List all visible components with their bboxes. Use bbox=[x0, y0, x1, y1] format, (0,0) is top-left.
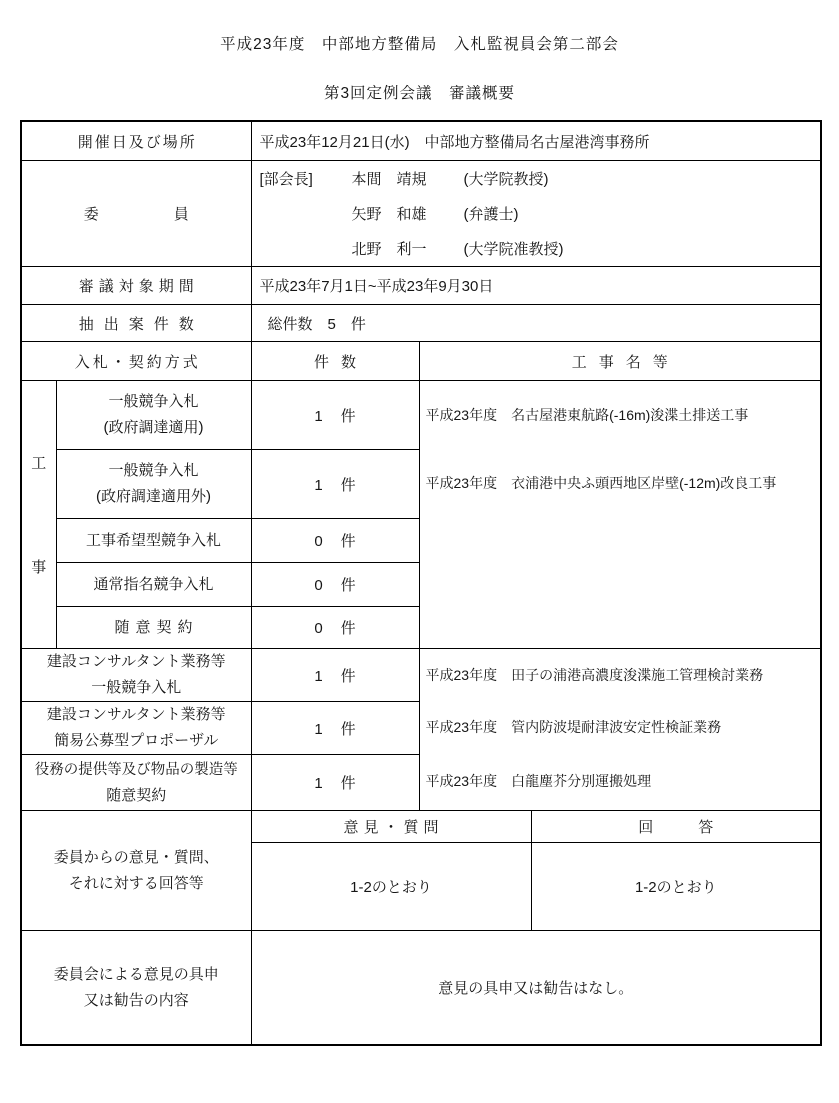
works-method-4: 通常指名競争入札 bbox=[56, 563, 251, 607]
count-number: 1 bbox=[314, 668, 322, 685]
member-item: [部会長]本間 靖規(大学院教授) bbox=[260, 161, 821, 196]
members-label: 委 員 bbox=[21, 161, 251, 267]
works-method-5: 随意契約 bbox=[56, 607, 251, 649]
cases-value: 総件数 5 件 bbox=[251, 305, 821, 342]
count-number: 1 bbox=[314, 775, 322, 792]
members-row: 委 員 [部会長]本間 靖規(大学院教授) 矢野 和雄(弁護士) 北野 利一(大… bbox=[21, 161, 821, 267]
consulting-count-3: 1件 bbox=[251, 755, 419, 811]
consulting-count-1: 1件 bbox=[251, 649, 419, 702]
works-row-1: 工 事 一般競争入札 (政府調達適用) 1件 平成23年度 名古屋港東航路(-1… bbox=[21, 381, 821, 450]
count-number: 1 bbox=[314, 408, 322, 425]
count-unit: 件 bbox=[341, 620, 356, 637]
method-line: 通常指名競争入札 bbox=[57, 572, 251, 598]
project-name: 平成23年度 白龍塵芥分別運搬処理 bbox=[420, 753, 821, 808]
method-column-header: 入札・契約方式 bbox=[21, 342, 251, 381]
count-number: 0 bbox=[314, 577, 322, 594]
method-line: 随意契約 bbox=[22, 783, 251, 809]
method-line: 随意契約 bbox=[57, 615, 251, 641]
method-line: 一般競争入札 bbox=[57, 389, 251, 415]
member-name: 北野 利一 bbox=[352, 238, 464, 259]
feedback-header-row: 委員からの意見・質問、 それに対する回答等 意見・質問 回 答 bbox=[21, 811, 821, 843]
advice-label: 委員会による意見の具申 又は勧告の内容 bbox=[21, 931, 251, 1046]
venue-value: 平成23年12月21日(水) 中部地方整備局名古屋港湾事務所 bbox=[251, 121, 821, 161]
project-name: 平成23年度 田子の浦港高濃度浚渫施工管理検討業務 bbox=[420, 649, 821, 701]
member-name: 本間 靖規 bbox=[352, 168, 464, 189]
cases-row: 抽出案件数 総件数 5 件 bbox=[21, 305, 821, 342]
consulting-row-1: 建設コンサルタント業務等 一般競争入札 1件 平成23年度 田子の浦港高濃度浚渫… bbox=[21, 649, 821, 702]
opinion-header: 意見・質問 bbox=[251, 811, 531, 843]
advice-value: 意見の具申又は勧告はなし。 bbox=[251, 931, 821, 1046]
members-list: [部会長]本間 靖規(大学院教授) 矢野 和雄(弁護士) 北野 利一(大学院准教… bbox=[251, 161, 821, 267]
method-line: 一般競争入札 bbox=[22, 675, 251, 701]
method-line: 役務の提供等及び物品の製造等 bbox=[22, 757, 251, 783]
count-unit: 件 bbox=[341, 533, 356, 550]
works-group-char: 事 bbox=[22, 515, 56, 619]
method-line: 工事希望型競争入札 bbox=[57, 528, 251, 554]
member-item: 北野 利一(大学院准教授) bbox=[260, 231, 821, 266]
meeting-summary-table: 開催日及び場所 平成23年12月21日(水) 中部地方整備局名古屋港湾事務所 委… bbox=[20, 120, 822, 1046]
method-line: (政府調達適用) bbox=[57, 415, 251, 441]
consulting-method-3: 役務の提供等及び物品の製造等 随意契約 bbox=[21, 755, 251, 811]
works-method-2: 一般競争入札 (政府調達適用外) bbox=[56, 450, 251, 519]
table-header-row: 入札・契約方式 件数 工事名等 bbox=[21, 342, 821, 381]
member-title: (弁護士) bbox=[464, 203, 519, 224]
cases-label: 抽出案件数 bbox=[21, 305, 251, 342]
works-count-5: 0件 bbox=[251, 607, 419, 649]
works-count-1: 1件 bbox=[251, 381, 419, 450]
member-name: 矢野 和雄 bbox=[352, 203, 464, 224]
count-number: 0 bbox=[314, 620, 322, 637]
count-unit: 件 bbox=[341, 577, 356, 594]
advice-label-line: 委員会による意見の具申 bbox=[22, 962, 251, 988]
answer-header: 回 答 bbox=[531, 811, 821, 843]
works-count-4: 0件 bbox=[251, 563, 419, 607]
method-line: 一般競争入札 bbox=[57, 458, 251, 484]
consulting-projects-cell: 平成23年度 田子の浦港高濃度浚渫施工管理検討業務 平成23年度 管内防波堤耐津… bbox=[419, 649, 821, 811]
project-name: 平成23年度 名古屋港東航路(-16m)浚渫土排送工事 bbox=[420, 381, 821, 449]
member-title: (大学院教授) bbox=[464, 168, 549, 189]
count-number: 1 bbox=[314, 721, 322, 738]
feedback-label-line: それに対する回答等 bbox=[22, 871, 251, 897]
period-label: 審議対象期間 bbox=[21, 267, 251, 305]
feedback-label-line: 委員からの意見・質問、 bbox=[22, 845, 251, 871]
count-unit: 件 bbox=[341, 668, 356, 685]
member-item: 矢野 和雄(弁護士) bbox=[260, 196, 821, 231]
method-line: 簡易公募型プロポーザル bbox=[22, 728, 251, 754]
venue-row: 開催日及び場所 平成23年12月21日(水) 中部地方整備局名古屋港湾事務所 bbox=[21, 121, 821, 161]
works-count-3: 0件 bbox=[251, 519, 419, 563]
advice-label-line: 又は勧告の内容 bbox=[22, 988, 251, 1014]
count-unit: 件 bbox=[341, 477, 356, 494]
opinion-value: 1-2のとおり bbox=[251, 843, 531, 931]
works-method-3: 工事希望型競争入札 bbox=[56, 519, 251, 563]
period-value: 平成23年7月1日~平成23年9月30日 bbox=[251, 267, 821, 305]
method-line: 建設コンサルタント業務等 bbox=[22, 649, 251, 675]
count-number: 0 bbox=[314, 533, 322, 550]
member-role: [部会長] bbox=[260, 168, 352, 189]
consulting-count-2: 1件 bbox=[251, 702, 419, 755]
count-number: 1 bbox=[314, 477, 322, 494]
count-unit: 件 bbox=[341, 408, 356, 425]
period-row: 審議対象期間 平成23年7月1日~平成23年9月30日 bbox=[21, 267, 821, 305]
project-name: 平成23年度 衣浦港中央ふ頭西地区岸壁(-12m)改良工事 bbox=[420, 449, 821, 517]
count-unit: 件 bbox=[341, 721, 356, 738]
method-line: 建設コンサルタント業務等 bbox=[22, 702, 251, 728]
works-projects-cell: 平成23年度 名古屋港東航路(-16m)浚渫土排送工事 平成23年度 衣浦港中央… bbox=[419, 381, 821, 649]
works-group-char: 工 bbox=[22, 411, 56, 515]
document-title: 平成23年度 中部地方整備局 入札監視員会第二部会 bbox=[0, 32, 839, 54]
works-count-2: 1件 bbox=[251, 450, 419, 519]
consulting-method-2: 建設コンサルタント業務等 簡易公募型プロポーザル bbox=[21, 702, 251, 755]
works-group-label: 工 事 bbox=[21, 381, 56, 649]
method-line: (政府調達適用外) bbox=[57, 484, 251, 510]
consulting-method-1: 建設コンサルタント業務等 一般競争入札 bbox=[21, 649, 251, 702]
document-subtitle: 第3回定例会議 審議概要 bbox=[0, 81, 839, 103]
project-name: 平成23年度 管内防波堤耐津波安定性検証業務 bbox=[420, 701, 821, 753]
advice-row: 委員会による意見の具申 又は勧告の内容 意見の具申又は勧告はなし。 bbox=[21, 931, 821, 1046]
project-column-header: 工事名等 bbox=[419, 342, 821, 381]
member-title: (大学院准教授) bbox=[464, 238, 564, 259]
count-unit: 件 bbox=[341, 775, 356, 792]
answer-value: 1-2のとおり bbox=[531, 843, 821, 931]
count-column-header: 件数 bbox=[251, 342, 419, 381]
works-method-1: 一般競争入札 (政府調達適用) bbox=[56, 381, 251, 450]
venue-label: 開催日及び場所 bbox=[21, 121, 251, 161]
feedback-label: 委員からの意見・質問、 それに対する回答等 bbox=[21, 811, 251, 931]
